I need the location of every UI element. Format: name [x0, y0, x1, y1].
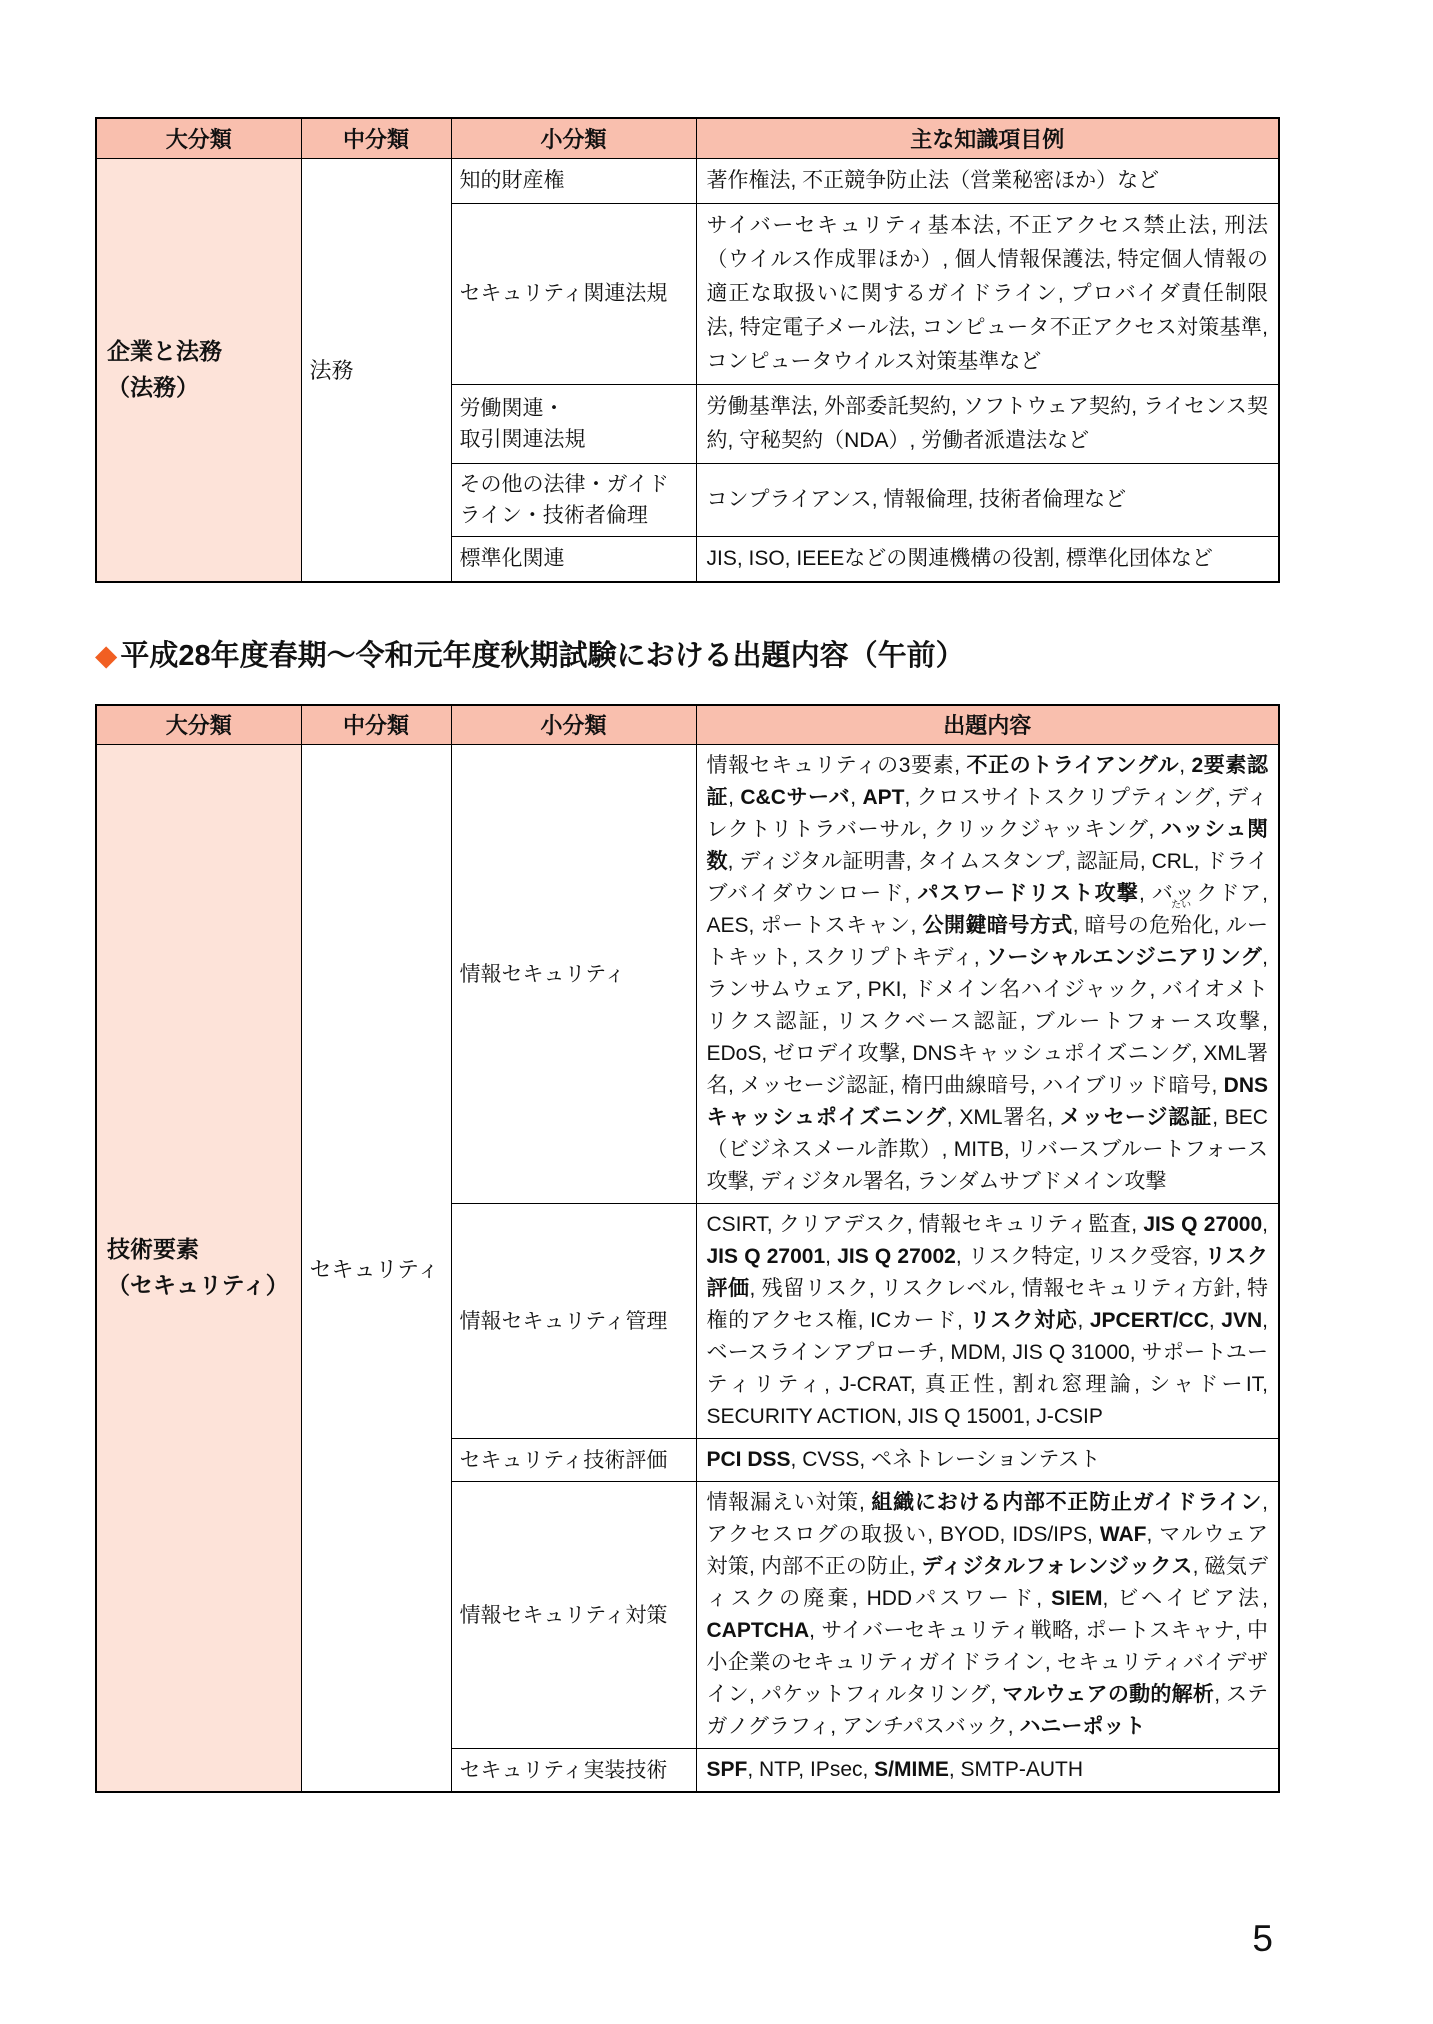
major-category-corporate-legal: 企業と法務 （法務） [96, 158, 301, 582]
sub-category-security-laws: セキュリティ関連法規 [451, 203, 696, 384]
knowledge-security-laws: サイバーセキュリティ基本法, 不正アクセス禁止法, 刑法（ウイルス作成罪ほか）,… [696, 203, 1279, 384]
table1-col-header-middle: 中分類 [301, 118, 451, 158]
table2-header-row: 大分類 中分類 小分類 出題内容 [96, 705, 1279, 745]
content-security-implementation-technology: SPF, NTP, IPsec, S/MIME, SMTP-AUTH [696, 1749, 1279, 1793]
table-row: 技術要素 （セキュリティ） セキュリティ 情報セキュリティ 情報セキュリティの3… [96, 745, 1279, 1204]
middle-category-security: セキュリティ [301, 745, 451, 1793]
sub-category-standardization: 標準化関連 [451, 536, 696, 582]
table-row: 企業と法務 （法務） 法務 知的財産権 著作権法, 不正競争防止法（営業秘密ほか… [96, 158, 1279, 203]
knowledge-labor-transaction-laws: 労働基準法, 外部委託契約, ソフトウェア契約, ライセンス契約, 守秘契約（N… [696, 384, 1279, 463]
sub-category-security-implementation-technology: セキュリティ実装技術 [451, 1749, 696, 1793]
content-information-security-management: CSIRT, クリアデスク, 情報セキュリティ監査, JIS Q 27000, … [696, 1204, 1279, 1439]
table2-col-header-middle: 中分類 [301, 705, 451, 745]
table1-col-header-sub: 小分類 [451, 118, 696, 158]
table1-col-header-content: 主な知識項目例 [696, 118, 1279, 158]
exam-content-table: 大分類 中分類 小分類 出題内容 技術要素 （セキュリティ） セキュリティ 情報… [95, 704, 1280, 1794]
document-page: 大分類 中分類 小分類 主な知識項目例 企業と法務 （法務） 法務 知的財産権 … [95, 117, 1278, 1793]
section-heading: ◆平成28年度春期～令和元年度秋期試験における出題内容（午前） [95, 633, 1278, 674]
sub-category-other-laws-ethics: その他の法律・ガイド ライン・技術者倫理 [451, 463, 696, 536]
sub-category-information-security: 情報セキュリティ [451, 745, 696, 1204]
major-category-technology-elements: 技術要素 （セキュリティ） [96, 745, 301, 1793]
content-security-technology-evaluation: PCI DSS, CVSS, ペネトレーションテスト [696, 1439, 1279, 1482]
sub-category-security-technology-evaluation: セキュリティ技術評価 [451, 1439, 696, 1482]
sub-category-information-security-management: 情報セキュリティ管理 [451, 1204, 696, 1439]
sub-category-intellectual-property: 知的財産権 [451, 158, 696, 203]
table2-col-header-sub: 小分類 [451, 705, 696, 745]
diamond-icon: ◆ [95, 640, 117, 672]
knowledge-other-laws-ethics: コンプライアンス, 情報倫理, 技術者倫理など [696, 463, 1279, 536]
sub-category-information-security-measures: 情報セキュリティ対策 [451, 1482, 696, 1749]
sub-category-labor-transaction-laws: 労働関連・ 取引関連法規 [451, 384, 696, 463]
section-heading-text: 平成28年度春期～令和元年度秋期試験における出題内容（午前） [120, 640, 964, 672]
knowledge-standardization: JIS, ISO, IEEEなどの関連機構の役割, 標準化団体など [696, 536, 1279, 582]
table2-col-header-major: 大分類 [96, 705, 301, 745]
content-information-security-measures: 情報漏えい対策, 組織における内部不正防止ガイドライン, アクセスログの取扱い,… [696, 1482, 1279, 1749]
middle-category-legal: 法務 [301, 158, 451, 582]
table2-col-header-content: 出題内容 [696, 705, 1279, 745]
content-information-security: 情報セキュリティの3要素, 不正のトライアングル, 2要素認証, C&Cサーバ,… [696, 745, 1279, 1204]
knowledge-intellectual-property: 著作権法, 不正競争防止法（営業秘密ほか）など [696, 158, 1279, 203]
knowledge-items-table: 大分類 中分類 小分類 主な知識項目例 企業と法務 （法務） 法務 知的財産権 … [95, 117, 1280, 583]
page-number: 5 [1252, 1918, 1273, 1960]
table1-col-header-major: 大分類 [96, 118, 301, 158]
table1-header-row: 大分類 中分類 小分類 主な知識項目例 [96, 118, 1279, 158]
